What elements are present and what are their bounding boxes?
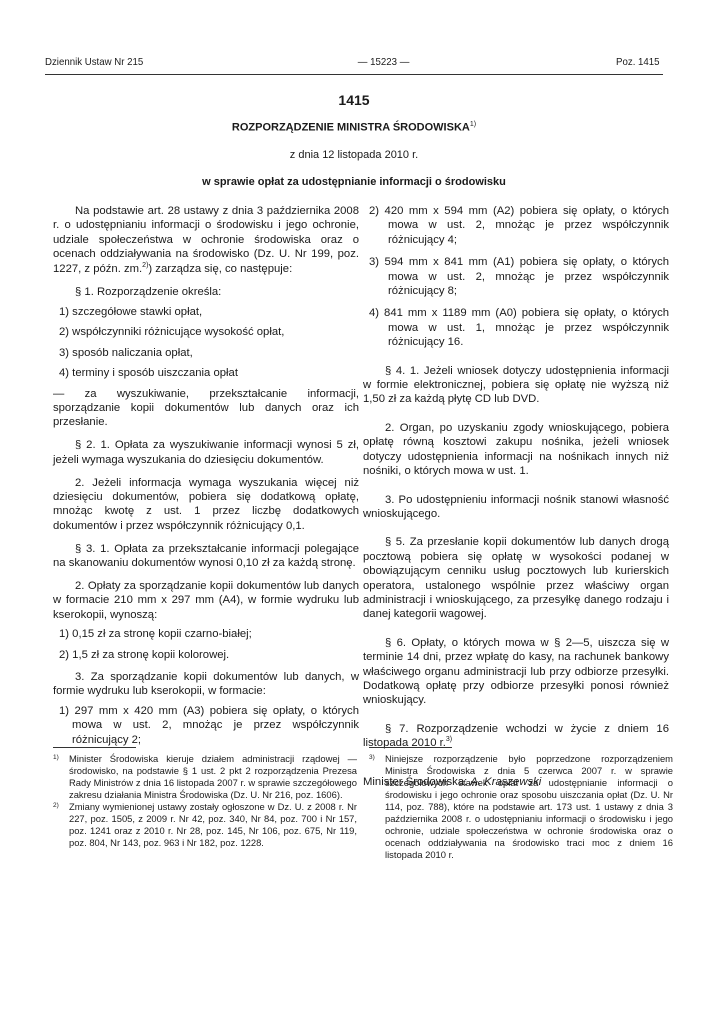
footnote-mark: 1) <box>53 753 69 762</box>
page-number: — 15223 — <box>358 56 410 68</box>
section-4-2: 2. Organ, po uzyskaniu zgody wnioskujące… <box>363 421 669 479</box>
preamble: Na podstawie art. 28 ustawy z dnia 3 paź… <box>53 204 359 276</box>
section-3-2: 2. Opłaty za sporządzanie kopii dokument… <box>53 579 359 622</box>
footnote-3: 3)Niniejsze rozporządzenie było poprzedz… <box>369 753 673 861</box>
section-1-item: 2) współczynniki różnicujące wysokość op… <box>53 325 359 339</box>
section-2-1: § 2. 1. Opłata za wyszukiwanie informacj… <box>53 438 359 467</box>
footnote-mark: 2) <box>53 801 69 810</box>
section-1-item: 3) sposób naliczania opłat, <box>53 346 359 360</box>
footnote-ref-1: 1) <box>470 121 476 128</box>
footnotes-left: 1)Minister Środowiska kieruje działem ad… <box>53 753 357 849</box>
footnotes-right: 3)Niniejsze rozporządzenie było poprzedz… <box>369 753 673 861</box>
position-number: Poz. 1415 <box>616 56 660 68</box>
footnote-ref-3: 3) <box>446 736 452 743</box>
footnote-mark: 3) <box>369 753 385 762</box>
section-3-3: 3. Za sporządzanie kopii dokumentów lub … <box>53 670 359 699</box>
journal-name: Dziennik Ustaw Nr 215 <box>45 56 143 68</box>
section-4-3: 3. Po udostępnieniu informacji nośnik st… <box>363 493 669 522</box>
left-column: Na podstawie art. 28 ustawy z dnia 3 paź… <box>53 204 359 753</box>
act-title: ROZPORZĄDZENIE MINISTRA ŚRODOWISKA1) <box>45 121 663 134</box>
footnote-2: 2)Zmiany wymienionej ustawy zostały ogło… <box>53 801 357 849</box>
act-title-text: ROZPORZĄDZENIE MINISTRA ŚRODOWISKA <box>232 122 470 134</box>
section-3-2-item: 2) 1,5 zł za stronę kopii kolorowej. <box>53 648 359 662</box>
section-3-3-item: 3) 594 mm x 841 mm (A1) pobiera się opła… <box>363 255 669 298</box>
header-divider <box>45 74 663 75</box>
act-number: 1415 <box>45 92 663 108</box>
section-3-3-item: 1) 297 mm x 420 mm (A3) pobiera się opła… <box>53 704 359 747</box>
page-header: Dziennik Ustaw Nr 215 — 15223 — Poz. 141… <box>45 56 614 74</box>
section-1-intro: § 1. Rozporządzenie określa: <box>53 285 359 299</box>
section-1-closing: — za wyszukiwanie, przekształcanie infor… <box>53 387 359 430</box>
section-2-2: 2. Jeżeli informacja wymaga wyszukania w… <box>53 476 359 534</box>
section-6: § 6. Opłaty, o których mowa w § 2—5, uis… <box>363 636 669 708</box>
act-date: z dnia 12 listopada 2010 r. <box>45 149 663 161</box>
footnote-divider-right <box>369 747 452 748</box>
section-3-1: § 3. 1. Opłata za przekształcanie inform… <box>53 542 359 571</box>
section-4-1: § 4. 1. Jeżeli wniosek dotyczy udostępni… <box>363 364 669 407</box>
footnote-divider-left <box>53 747 136 748</box>
section-1-item: 4) terminy i sposób uiszczania opłat <box>53 366 359 380</box>
section-5: § 5. Za przesłanie kopii dokumentów lub … <box>363 535 669 621</box>
section-3-3-item: 4) 841 mm x 1189 mm (A0) pobiera się opł… <box>363 306 669 349</box>
section-1-item: 1) szczegółowe stawki opłat, <box>53 305 359 319</box>
footnote-1: 1)Minister Środowiska kieruje działem ad… <box>53 753 357 801</box>
act-subject: w sprawie opłat za udostępnianie informa… <box>45 176 663 188</box>
right-column: 2) 420 mm x 594 mm (A2) pobiera się opła… <box>363 204 669 798</box>
section-3-3-item: 2) 420 mm x 594 mm (A2) pobiera się opła… <box>363 204 669 247</box>
section-3-2-item: 1) 0,15 zł za stronę kopii czarno-białej… <box>53 627 359 641</box>
